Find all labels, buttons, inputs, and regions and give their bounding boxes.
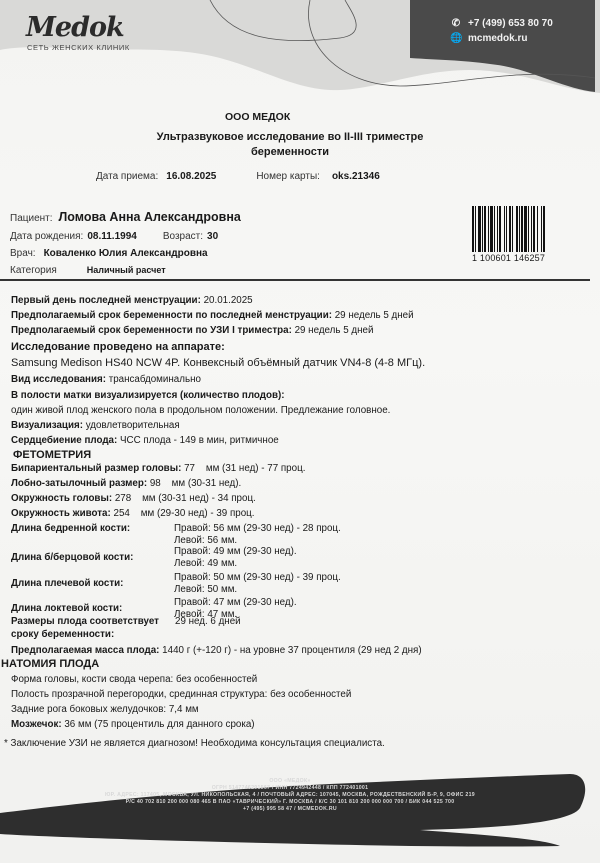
patient-name: Ломова Анна Александровна [59,209,241,226]
lmp-label: Первый день последней менструации: [11,295,201,306]
fetometry-value: 254 [114,508,130,519]
anatomy-heading: НАТОМИЯ ПЛОДА [1,658,99,670]
visualization-value: удовлетворительная [86,420,180,431]
head-shape-label: Форма головы, кости свода черепа: [11,674,173,685]
patient-block: Пациент: Ломова Анна Александровна Дата … [10,209,241,279]
septum-label: Полость прозрачной перегородки, срединна… [11,689,267,700]
payment-category: Наличный расчет [87,262,166,279]
footer-requisites: ООО «МЕДОК» ОГРН 5147746291567 / ИНН 772… [70,778,510,813]
visit-date-label: Дата приема: [96,171,158,182]
fetometry-label: Окружность головы: [11,493,112,504]
bone-label: Длина плечевой кости: [11,578,123,589]
weight-value: 1440 г (+-120 г) - на уровне 37 проценти… [162,645,421,656]
bone-left: Левой: 49 мм. [174,558,237,569]
septum-value: без особенностей [270,689,351,700]
age-label: Возраст: [163,228,203,245]
ga-us1-label: Предполагаемый срок беременности по УЗИ … [11,325,292,336]
barcode-bars [472,206,584,252]
visualization-label: Визуализация: [11,420,83,431]
bone-right: Правой: 49 мм (29-30 нед). [174,546,297,557]
bone-right: Правой: 56 мм (29-30 нед) - 28 проц. [174,523,341,534]
size-match-value: 29 нед. 6 дней [175,616,241,627]
header-website: mcmedok.ru [468,33,527,44]
ga-lmp-label: Предполагаемый срок беременности по посл… [11,310,332,321]
logo-tagline: СЕТЬ ЖЕНСКИХ КЛИНИК [27,43,130,52]
visit-date: 16.08.2025 [166,171,216,182]
document-page: Medok СЕТЬ ЖЕНСКИХ КЛИНИК ✆ +7 (499) 653… [0,0,600,863]
fetometry-detail: мм (29-30 нед) - 39 проц. [141,508,255,519]
fetometry-label: Бипариентальный размер головы: [11,463,181,474]
head-shape-value: без особенностей [176,674,257,685]
cerebellum-label: Мозжечок: [11,719,62,730]
organization-name: ООО МЕДОК [225,111,290,123]
bone-right: Правой: 50 мм (29-30 нед) - 39 проц. [174,572,341,583]
weight-label: Предполагаемая масса плода: [11,645,159,656]
fetometry-detail: мм (30-31 нед) - 34 проц. [142,493,256,504]
card-number-label: Номер карты: [256,171,320,182]
footer-line-2: ОГРН 5147746291567 / ИНН 7724942448 / КП… [70,785,510,792]
header-contacts: ✆ +7 (499) 653 80 70 🌐 mcmedok.ru [450,16,553,46]
exam-type-label: Вид исследования: [11,374,106,385]
disclaimer: * Заключение УЗИ не является диагнозом! … [4,738,385,749]
fetometry-row: Окружность головы: 278 мм (30-31 нед) - … [11,493,256,504]
device-value: Samsung Medison HS40 NCW 4P. Конвексный … [11,357,425,369]
size-match-label-2: сроку беременности: [11,629,114,640]
barcode-number: 1 100601 146257 [472,253,584,263]
barcode: 1 100601 146257 [472,206,584,266]
patient-label: Пациент: [10,210,53,227]
lmp-value: 20.01.2025 [204,295,253,306]
bone-label: Длина локтевой кости: [11,603,122,614]
fetometry-value: 77 [184,463,195,474]
fetometry-detail: мм (30-31 нед). [172,478,242,489]
exam-type-value: трансабдоминально [109,374,201,385]
footer-line-1: ООО «МЕДОК» [70,778,510,785]
phone-icon: ✆ [450,18,462,29]
bone-right: Правой: 47 мм (29-30 нед). [174,597,297,608]
fetometry-value: 98 [150,478,161,489]
size-match-label: Размеры плода соответствует [11,616,159,627]
bone-label: Длина б/берцовой кости: [11,552,133,563]
doctor-name: Коваленко Юлия Александровна [44,245,208,262]
dob-label: Дата рождения: [10,228,83,245]
bone-label: Длина бедренной кости: [11,523,130,534]
fetometry-row: Окружность живота: 254 мм (29-30 нед) - … [11,508,254,519]
bone-left: Левой: 50 мм. [174,584,237,595]
fetometry-row: Бипариентальный размер головы: 77 мм (31… [11,463,305,474]
footer-line-4: Р/С 40 702 810 200 000 080 465 В ПАО «ТА… [70,799,510,806]
fetometry-label: Лобно-затылочный размер: [11,478,147,489]
doctor-label: Врач: [10,245,36,262]
header-phone: +7 (499) 653 80 70 [468,18,553,29]
globe-icon: 🌐 [450,33,462,44]
ventricles-value: 7,4 мм [169,704,199,715]
document-title: Ультразвуковое исследование во II-III тр… [120,130,460,160]
card-number: oks.21346 [332,171,380,182]
ga-lmp-value: 29 недель 5 дней [335,310,414,321]
patient-dob: 08.11.1994 [87,228,137,245]
fetometry-row: Лобно-затылочный размер: 98 мм (30-31 не… [11,478,241,489]
uterus-value: один живой плод женского пола в продольн… [11,405,390,416]
logo-wordmark: Medok [26,14,130,42]
clinic-logo: Medok СЕТЬ ЖЕНСКИХ КЛИНИК [26,14,130,52]
bone-left: Левой: 56 мм. [174,535,237,546]
footer: ООО «МЕДОК» ОГРН 5147746291567 / ИНН 772… [0,768,600,848]
uterus-label: В полости матки визуализируется (количес… [11,390,285,401]
heartbeat-label: Сердцебиение плода: [11,435,117,446]
fetometry-label: Окружность живота: [11,508,111,519]
heartbeat-value: ЧСС плода - 149 в мин, ритмичное [120,435,279,446]
fetometry-heading: ФЕТОМЕТРИЯ [13,449,91,461]
footer-line-3: ЮР. АДРЕС: 117405, МОСКВА, УЛ. НИКОПОЛЬС… [70,792,510,799]
cerebellum-value: 36 мм (75 процентиль для данного срока) [64,719,254,730]
fetometry-detail: мм (31 нед) - 77 проц. [206,463,306,474]
divider [0,279,590,281]
ventricles-label: Задние рога боковых желудочков: [11,704,166,715]
category-label: Категория [10,262,57,279]
device-label: Исследование проведено на аппарате: [11,341,225,353]
footer-line-5: +7 (495) 995 58 47 / MCMEDOK.RU [70,806,510,813]
patient-age: 30 [207,228,218,245]
visit-info: Дата приема: 16.08.2025 Номер карты: oks… [96,171,380,182]
ga-us1-value: 29 недель 5 дней [295,325,374,336]
fetometry-value: 278 [115,493,131,504]
